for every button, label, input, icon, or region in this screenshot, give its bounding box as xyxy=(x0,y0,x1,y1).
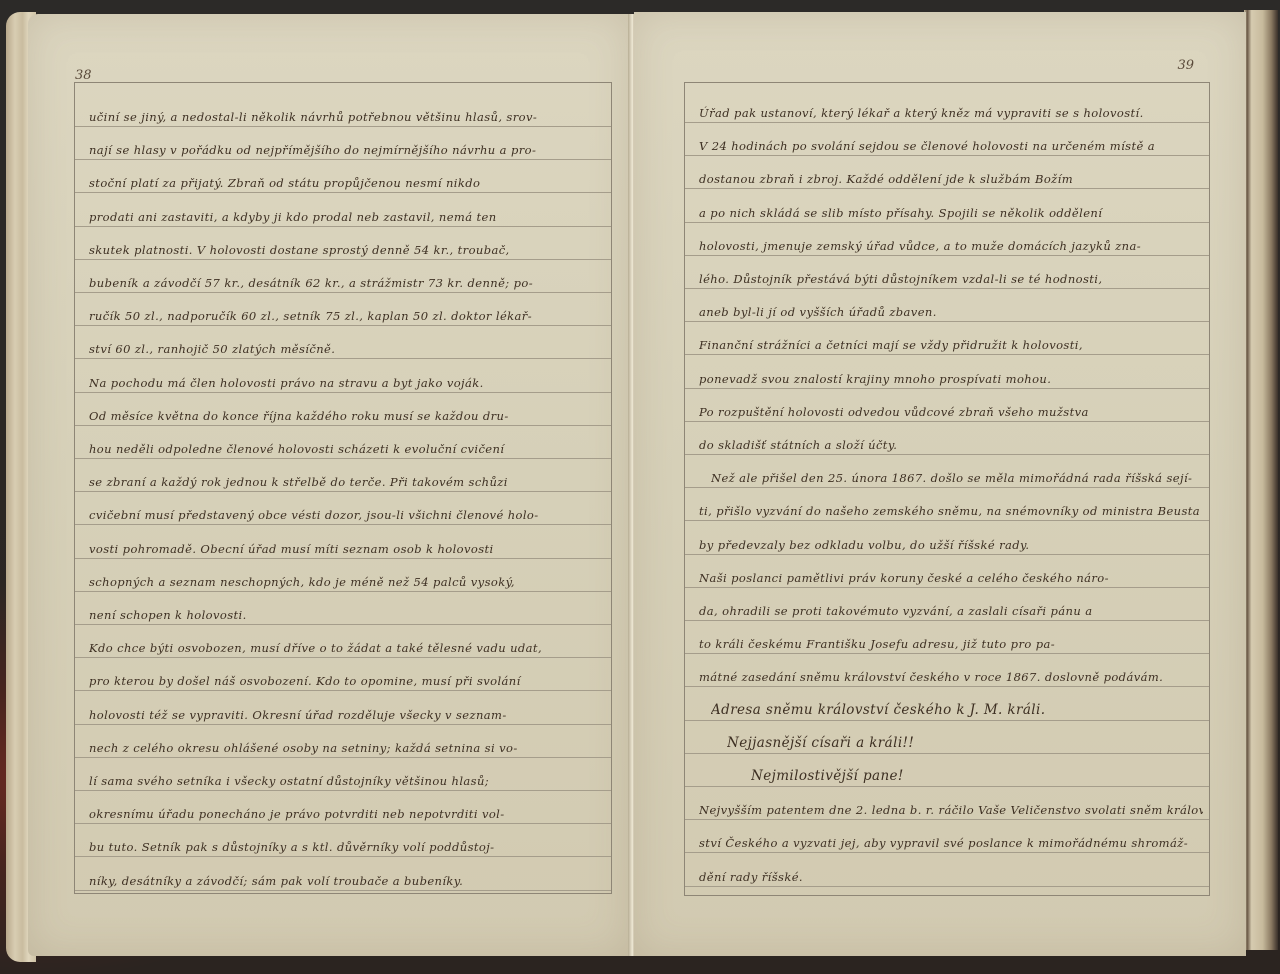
handwritten-line: bu tuto. Setník pak s důstojníky a s ktl… xyxy=(89,840,605,854)
handwritten-line: nají se hlasy v pořádku od nejpřímějšího… xyxy=(89,143,605,157)
ruled-line: Nejmilostivější pane! xyxy=(685,751,1209,787)
ruled-line: hou neděli odpoledne členové holovosti s… xyxy=(75,423,611,459)
handwritten-line: to králi českému Františku Josefu adresu… xyxy=(699,637,1203,651)
ruled-line: níky, desátníky a závodčí; sám pak volí … xyxy=(75,855,611,891)
ruled-line: Na pochodu má člen holovosti právo na st… xyxy=(75,357,611,393)
ruled-line: by předevzaly bez odkladu volbu, do užší… xyxy=(685,519,1209,555)
handwritten-line: se zbraní a každý rok jednou k střelbě d… xyxy=(89,475,605,489)
handwritten-line: bubeník a závodčí 57 kr., desátník 62 kr… xyxy=(89,276,605,290)
right-text-frame: Úřad pak ustanoví, který lékař a který k… xyxy=(684,82,1210,896)
ruled-line: nech z celého okresu ohlášené osoby na s… xyxy=(75,722,611,758)
handwritten-line: ství 60 zl., ranhojič 50 zlatých měsíčně… xyxy=(89,342,605,356)
handwritten-line: nech z celého okresu ohlášené osoby na s… xyxy=(89,741,605,755)
ruled-line: Od měsíce května do konce října každého … xyxy=(75,390,611,426)
handwritten-line: dění rady říšské. xyxy=(699,870,1203,884)
left-ruled-lines: učiní se jiný, a nedostal-li několik náv… xyxy=(75,83,611,893)
ruled-line: da, ohradili se proti takovémuto vyzvání… xyxy=(685,585,1209,621)
handwritten-line: Od měsíce května do konce října každého … xyxy=(89,409,605,423)
ruled-line: schopných a seznam neschopných, kdo je m… xyxy=(75,556,611,592)
handwritten-line: holovosti též se vypraviti. Okresní úřad… xyxy=(89,708,605,722)
handwritten-line: Naši poslanci pamětlivi práv koruny česk… xyxy=(699,571,1203,585)
handwritten-line: ství Českého a vyzvati jej, aby vypravil… xyxy=(699,836,1203,850)
handwritten-line: Adresa sněmu království českého k J. M. … xyxy=(711,702,1203,718)
ruled-line: dostanou zbraň i zbroj. Každé oddělení j… xyxy=(685,153,1209,189)
handwritten-line: učiní se jiný, a nedostal-li několik náv… xyxy=(89,110,605,124)
handwritten-line: Nejjasnější císaři a králi!! xyxy=(727,735,1203,751)
handwritten-line: V 24 hodinách po svolání sejdou se členo… xyxy=(699,139,1203,153)
ruled-line: mátné zasedání sněmu království českého … xyxy=(685,651,1209,687)
ruled-line: ručík 50 zl., nadporučík 60 zl., setník … xyxy=(75,290,611,326)
handwritten-line: pro kterou by došel náš osvobození. Kdo … xyxy=(89,674,605,688)
handwritten-line: není schopen k holovosti. xyxy=(89,608,605,622)
ruled-line: pro kterou by došel náš osvobození. Kdo … xyxy=(75,655,611,691)
ruled-line: učiní se jiný, a nedostal-li několik náv… xyxy=(75,91,611,127)
handwritten-line: do skladišť státních a složí účty. xyxy=(699,438,1203,452)
ruled-line: nají se hlasy v pořádku od nejpřímějšího… xyxy=(75,124,611,160)
handwritten-line: ručík 50 zl., nadporučík 60 zl., setník … xyxy=(89,309,605,323)
ruled-line: do skladišť státních a složí účty. xyxy=(685,419,1209,455)
page-number-right: 39 xyxy=(1177,58,1194,73)
ruled-line: Naši poslanci pamětlivi práv koruny česk… xyxy=(685,552,1209,588)
handwritten-line: by předevzaly bez odkladu volbu, do užší… xyxy=(699,538,1203,552)
ruled-line: ti, přišlo vyzvání do našeho zemského sn… xyxy=(685,485,1209,521)
handwritten-line: okresnímu úřadu ponecháno je právo potvr… xyxy=(89,807,605,821)
handwritten-line: mátné zasedání sněmu království českého … xyxy=(699,670,1203,684)
ruled-line: okresnímu úřadu ponecháno je právo potvr… xyxy=(75,788,611,824)
ruled-line: to králi českému Františku Josefu adresu… xyxy=(685,618,1209,654)
handwritten-line: Než ale přišel den 25. února 1867. došlo… xyxy=(711,471,1203,485)
handwritten-line: lí sama svého setníka i všecky ostatní d… xyxy=(89,774,605,788)
ruled-line: holovosti, jmenuje zemský úřad vůdce, a … xyxy=(685,220,1209,256)
ruled-line: skutek platnosti. V holovosti dostane sp… xyxy=(75,224,611,260)
ruled-line: Úřad pak ustanoví, který lékař a který k… xyxy=(685,87,1209,123)
handwritten-line: a po nich skládá se slib místo přísahy. … xyxy=(699,206,1203,220)
ruled-line: ponevadž svou znalostí krajiny mnoho pro… xyxy=(685,353,1209,389)
ruled-line: Nejjasnější císaři a králi!! xyxy=(685,718,1209,754)
handwritten-line: skutek platnosti. V holovosti dostane sp… xyxy=(89,243,605,257)
handwritten-line: aneb byl-li jí od vyšších úřadů zbaven. xyxy=(699,305,1203,319)
right-page: 39 Úřad pak ustanoví, který lékař a kter… xyxy=(634,12,1246,956)
left-text-frame: učiní se jiný, a nedostal-li několik náv… xyxy=(74,82,612,894)
open-manuscript-book: 38 učiní se jiný, a nedostal-li několik … xyxy=(0,0,1280,974)
handwritten-line: stoční platí za přijatý. Zbraň od státu … xyxy=(89,176,605,190)
handwritten-line: cvičební musí představený obce vésti doz… xyxy=(89,508,605,522)
handwritten-line: Na pochodu má člen holovosti právo na st… xyxy=(89,376,605,390)
ruled-line: holovosti též se vypraviti. Okresní úřad… xyxy=(75,689,611,725)
handwritten-line: ponevadž svou znalostí krajiny mnoho pro… xyxy=(699,372,1203,386)
right-ruled-lines: Úřad pak ustanoví, který lékař a který k… xyxy=(685,83,1209,895)
ruled-line: dění rady říšské. xyxy=(685,851,1209,887)
page-number-left: 38 xyxy=(75,68,92,83)
ruled-line: Po rozpuštění holovosti odvedou vůdcové … xyxy=(685,386,1209,422)
handwritten-line: dostanou zbraň i zbroj. Každé oddělení j… xyxy=(699,172,1203,186)
ruled-line: bubeník a závodčí 57 kr., desátník 62 kr… xyxy=(75,257,611,293)
ruled-line: Než ale přišel den 25. února 1867. došlo… xyxy=(685,452,1209,488)
ruled-line: Nejvyšším patentem dne 2. ledna b. r. rá… xyxy=(685,784,1209,820)
handwritten-line: hou neděli odpoledne členové holovosti s… xyxy=(89,442,605,456)
ruled-line: Adresa sněmu království českého k J. M. … xyxy=(685,685,1209,721)
right-page-stack-edge xyxy=(1244,10,1278,950)
ruled-line: ství 60 zl., ranhojič 50 zlatých měsíčně… xyxy=(75,323,611,359)
ruled-line: a po nich skládá se slib místo přísahy. … xyxy=(685,187,1209,223)
ruled-line: vosti pohromadě. Obecní úřad musí míti s… xyxy=(75,523,611,559)
handwritten-line: Úřad pak ustanoví, který lékař a který k… xyxy=(699,106,1203,120)
ruled-line: cvičební musí představený obce vésti doz… xyxy=(75,489,611,525)
ruled-line: bu tuto. Setník pak s důstojníky a s ktl… xyxy=(75,821,611,857)
handwritten-line: Finanční strážníci a četníci mají se vžd… xyxy=(699,338,1203,352)
handwritten-line: lého. Důstojník přestává býti důstojníke… xyxy=(699,272,1203,286)
ruled-line: stoční platí za přijatý. Zbraň od státu … xyxy=(75,157,611,193)
ruled-line: Finanční strážníci a četníci mají se vžd… xyxy=(685,319,1209,355)
handwritten-line: Nejmilostivější pane! xyxy=(751,768,1203,784)
ruled-line: lí sama svého setníka i všecky ostatní d… xyxy=(75,755,611,791)
handwritten-line: prodati ani zastaviti, a kdyby ji kdo pr… xyxy=(89,210,605,224)
ruled-line: aneb byl-li jí od vyšších úřadů zbaven. xyxy=(685,286,1209,322)
handwritten-line: Nejvyšším patentem dne 2. ledna b. r. rá… xyxy=(699,803,1203,817)
handwritten-line: Kdo chce býti osvobozen, musí dříve o to… xyxy=(89,641,605,655)
handwritten-line: Po rozpuštění holovosti odvedou vůdcové … xyxy=(699,405,1203,419)
handwritten-line: da, ohradili se proti takovémuto vyzvání… xyxy=(699,604,1203,618)
ruled-line: se zbraní a každý rok jednou k střelbě d… xyxy=(75,456,611,492)
ruled-line: Kdo chce býti osvobozen, musí dříve o to… xyxy=(75,622,611,658)
ruled-line: prodati ani zastaviti, a kdyby ji kdo pr… xyxy=(75,191,611,227)
ruled-line: ství Českého a vyzvati jej, aby vypravil… xyxy=(685,817,1209,853)
handwritten-line: vosti pohromadě. Obecní úřad musí míti s… xyxy=(89,542,605,556)
handwritten-line: níky, desátníky a závodčí; sám pak volí … xyxy=(89,874,605,888)
handwritten-line: schopných a seznam neschopných, kdo je m… xyxy=(89,575,605,589)
ruled-line: V 24 hodinách po svolání sejdou se členo… xyxy=(685,120,1209,156)
handwritten-line: holovosti, jmenuje zemský úřad vůdce, a … xyxy=(699,239,1203,253)
ruled-line: není schopen k holovosti. xyxy=(75,589,611,625)
handwritten-line: ti, přišlo vyzvání do našeho zemského sn… xyxy=(699,504,1203,518)
left-page: 38 učiní se jiný, a nedostal-li několik … xyxy=(28,14,628,956)
ruled-line: lého. Důstojník přestává býti důstojníke… xyxy=(685,253,1209,289)
